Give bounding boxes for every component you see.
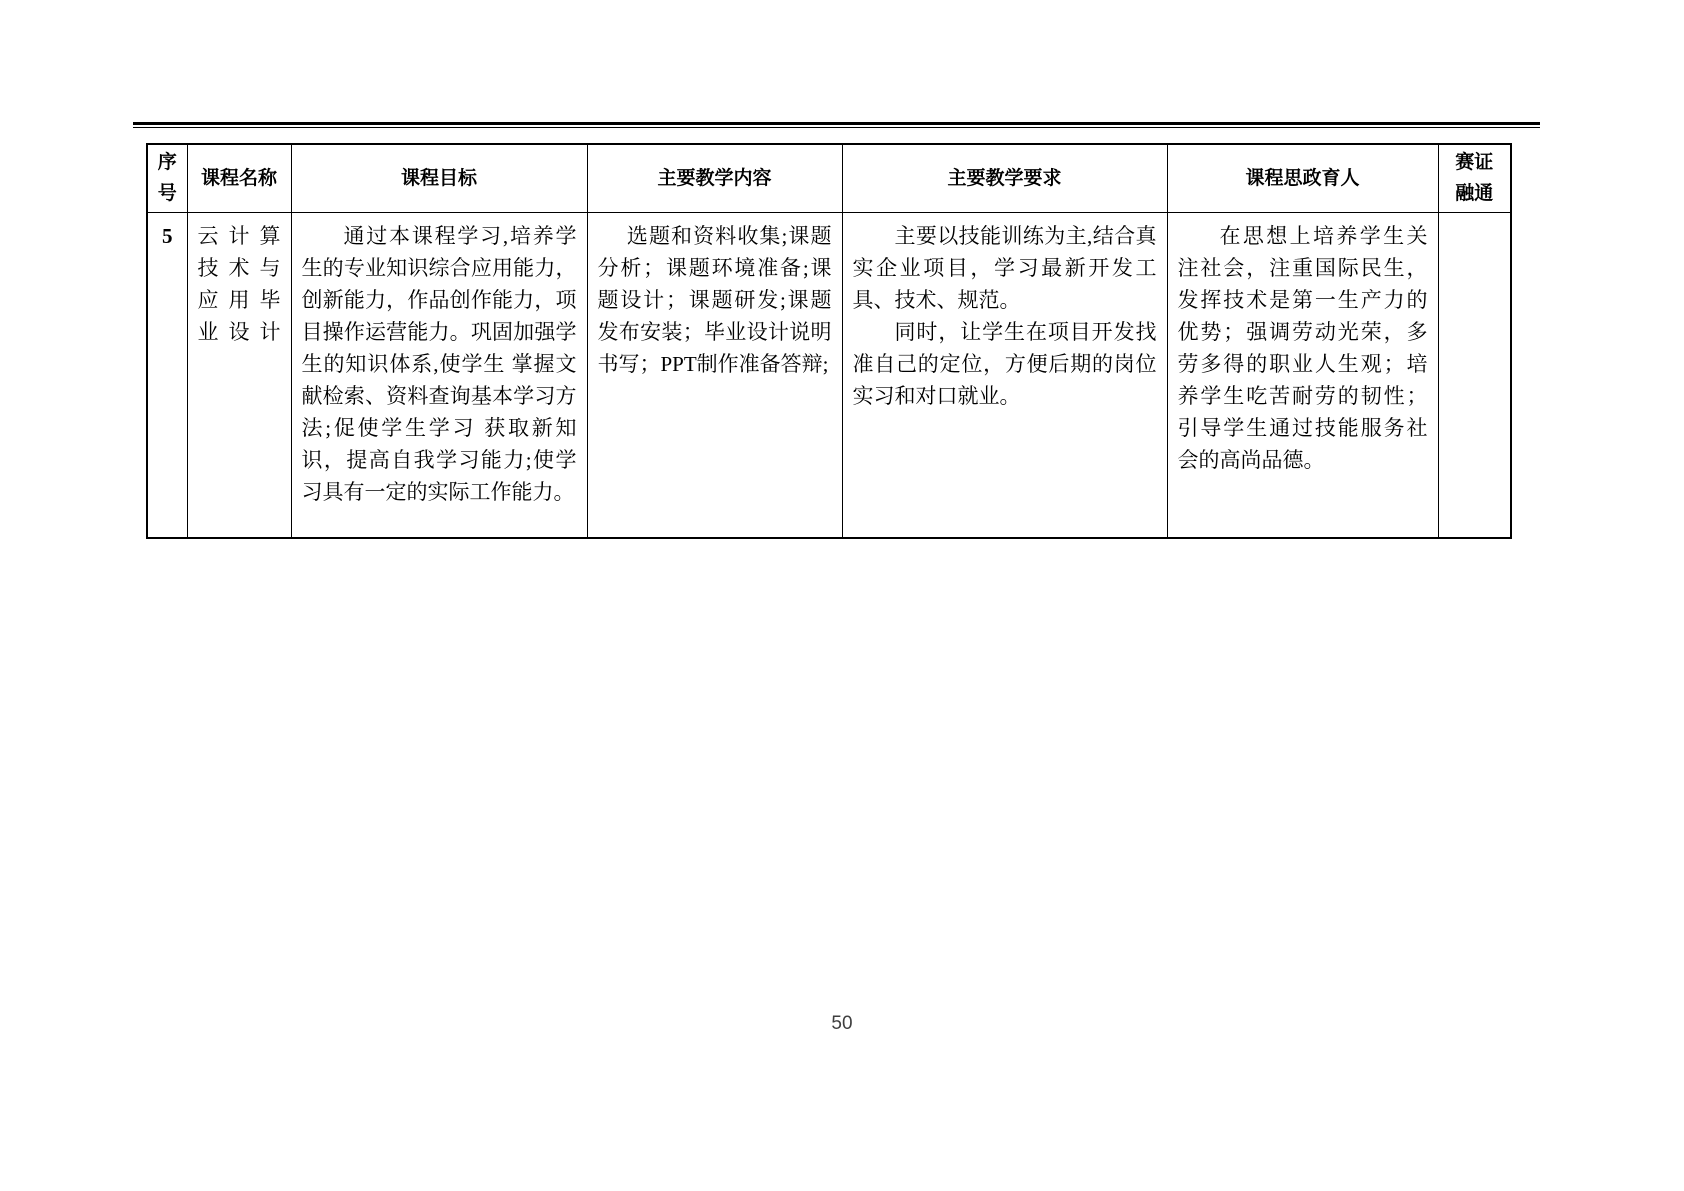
col-header-ideology: 课程思政育人	[1167, 144, 1438, 212]
cell-teaching-content: 选题和资料收集;课题分析；课题环境准备;课题设计；课题研发;课题发布安装；毕业设…	[587, 212, 842, 538]
course-name-line: 应用毕	[198, 284, 281, 316]
cell-ideology: 在思想上培养学生关注社会，注重国际民生，发挥技术是第一生产力的优势；强调劳动光荣…	[1167, 212, 1438, 538]
teaching-content-paragraph: 选题和资料收集;课题分析；课题环境准备;课题设计；课题研发;课题发布安装；毕业设…	[598, 220, 832, 380]
page-top-rule-thin-line	[133, 127, 1540, 128]
col-header-index: 序 号	[147, 144, 187, 212]
cell-objectives: 通过本课程学习,培养学生的专业知识综合应用能力，创新能力，作品创作能力，项目操作…	[291, 212, 587, 538]
teaching-requirements-paragraph-1: 主要以技能训练为主,结合真实企业项目，学习最新开发工具、技术、规范。	[853, 220, 1157, 316]
course-name-line: 技术与	[198, 252, 281, 284]
teaching-requirements-paragraph-2: 同时，让学生在项目开发找准自己的定位，方便后期的岗位实习和对口就业。	[853, 316, 1157, 412]
col-header-competition-cert: 赛证 融通	[1438, 144, 1511, 212]
objectives-paragraph: 通过本课程学习,培养学生的专业知识综合应用能力，创新能力，作品创作能力，项目操作…	[302, 220, 577, 508]
page-top-rule-thick-line	[133, 122, 1540, 125]
cell-competition-cert	[1438, 212, 1511, 538]
course-name-line: 云计算	[198, 220, 281, 252]
table-row: 5 云计算 技术与 应用毕 业设计 通过本课程学习,培养学生的专业知识综合应用能…	[147, 212, 1511, 538]
course-plan-table: 序 号 课程名称 课程目标 主要教学内容 主要教学要求 课程思政育人 赛证 融通…	[146, 143, 1512, 539]
cell-row-index: 5	[147, 212, 187, 538]
course-name-line: 业设计	[198, 316, 281, 348]
cell-teaching-requirements: 主要以技能训练为主,结合真实企业项目，学习最新开发工具、技术、规范。 同时，让学…	[842, 212, 1167, 538]
table-header-row: 序 号 课程名称 课程目标 主要教学内容 主要教学要求 课程思政育人 赛证 融通	[147, 144, 1511, 212]
ideology-paragraph: 在思想上培养学生关注社会，注重国际民生，发挥技术是第一生产力的优势；强调劳动光荣…	[1178, 220, 1428, 476]
col-header-teaching-requirements: 主要教学要求	[842, 144, 1167, 212]
page-number: 50	[0, 1013, 1684, 1035]
col-header-course-name: 课程名称	[187, 144, 291, 212]
page-top-rule	[133, 122, 1540, 128]
col-header-objectives: 课程目标	[291, 144, 587, 212]
col-header-teaching-content: 主要教学内容	[587, 144, 842, 212]
cell-course-name: 云计算 技术与 应用毕 业设计	[187, 212, 291, 538]
